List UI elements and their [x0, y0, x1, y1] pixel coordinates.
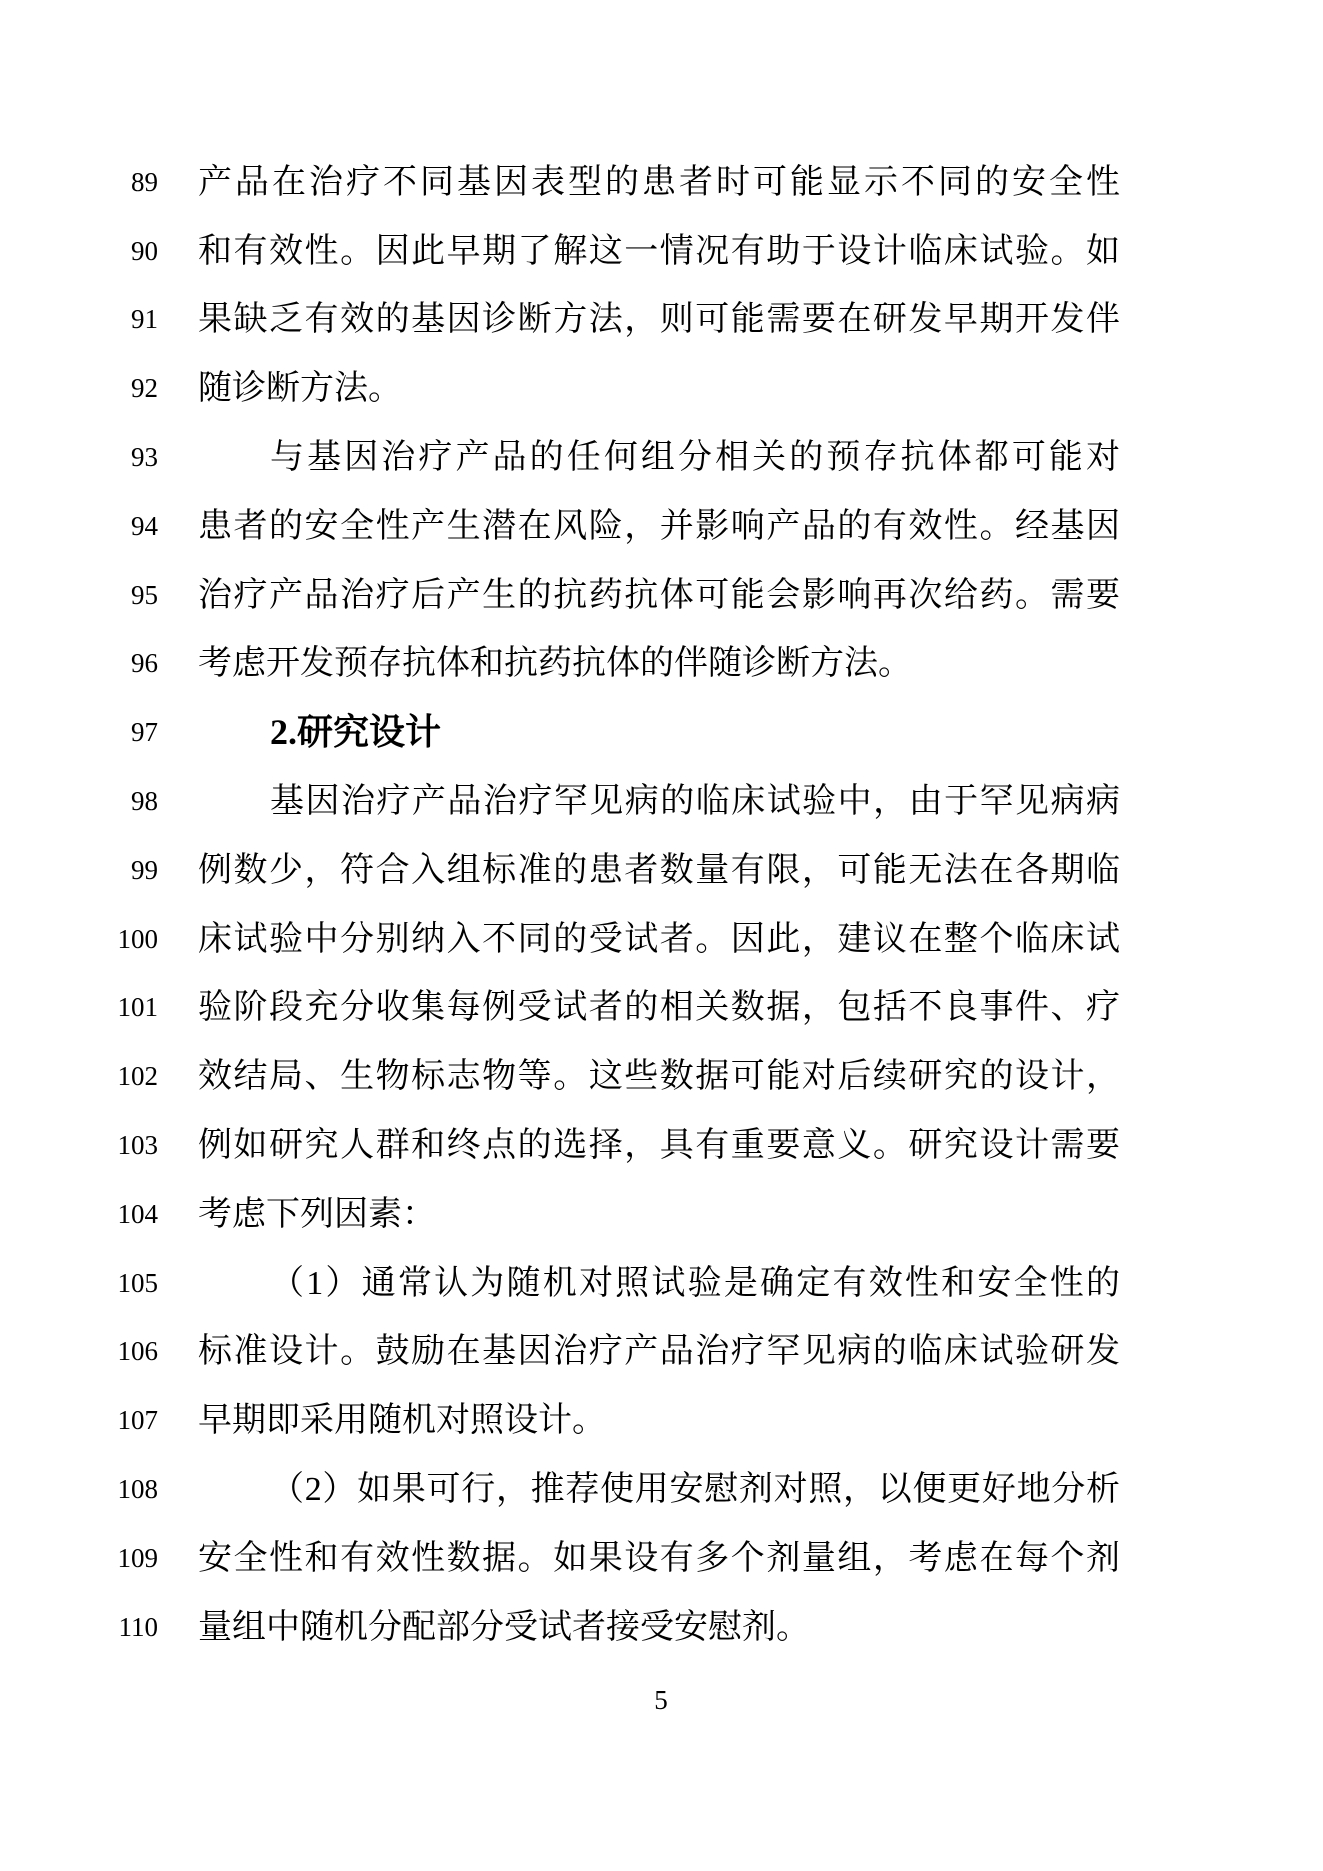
line-text: 效结局、生物标志物等。这些数据可能对后续研究的设计， [198, 1057, 1120, 1096]
document-body: 89产品在治疗不同基因表型的患者时可能显示不同的安全性90和有效性。因此早期了解… [0, 148, 1323, 1662]
line-text: （1）通常认为随机对照试验是确定有效性和安全性的 [198, 1264, 1120, 1303]
line-row: 104考虑下列因素： [0, 1180, 1323, 1249]
line-number: 93 [0, 444, 158, 471]
line-row: 106标准设计。鼓励在基因治疗产品治疗罕见病的临床试验研发 [0, 1318, 1323, 1387]
line-text: 标准设计。鼓励在基因治疗产品治疗罕见病的临床试验研发 [198, 1332, 1120, 1371]
line-text: 早期即采用随机对照设计。 [198, 1401, 1120, 1440]
line-row: 98基因治疗产品治疗罕见病的临床试验中，由于罕见病病 [0, 767, 1323, 836]
line-text: 和有效性。因此早期了解这一情况有助于设计临床试验。如 [198, 232, 1120, 271]
line-row: 95治疗产品治疗后产生的抗药抗体可能会影响再次给药。需要 [0, 561, 1323, 630]
line-text: 随诊断方法。 [198, 369, 1120, 408]
line-row: 105（1）通常认为随机对照试验是确定有效性和安全性的 [0, 1249, 1323, 1318]
line-number: 105 [0, 1270, 158, 1297]
document-page: 89产品在治疗不同基因表型的患者时可能显示不同的安全性90和有效性。因此早期了解… [0, 0, 1323, 1871]
line-text: 验阶段充分收集每例受试者的相关数据，包括不良事件、疗 [198, 988, 1120, 1027]
line-row: 93与基因治疗产品的任何组分相关的预存抗体都可能对 [0, 423, 1323, 492]
line-row: 101验阶段充分收集每例受试者的相关数据，包括不良事件、疗 [0, 974, 1323, 1043]
line-text: 例如研究人群和终点的选择，具有重要意义。研究设计需要 [198, 1126, 1120, 1165]
line-number: 98 [0, 788, 158, 815]
line-number: 97 [0, 719, 158, 746]
line-number: 100 [0, 926, 158, 953]
line-number: 91 [0, 306, 158, 333]
line-number: 96 [0, 650, 158, 677]
line-row: 108（2）如果可行，推荐使用安慰剂对照，以便更好地分析 [0, 1455, 1323, 1524]
line-row: 94患者的安全性产生潜在风险，并影响产品的有效性。经基因 [0, 492, 1323, 561]
line-number: 95 [0, 582, 158, 609]
line-text: 例数少，符合入组标准的患者数量有限，可能无法在各期临 [198, 851, 1120, 890]
line-number: 109 [0, 1545, 158, 1572]
line-text: 量组中随机分配部分受试者接受安慰剂。 [198, 1608, 1120, 1647]
line-text: 治疗产品治疗后产生的抗药抗体可能会影响再次给药。需要 [198, 576, 1120, 615]
section-heading: 2.研究设计 [198, 712, 1120, 753]
page-number: 5 [200, 1685, 1122, 1716]
line-text: 果缺乏有效的基因诊断方法，则可能需要在研发早期开发伴 [198, 300, 1120, 339]
line-text: 基因治疗产品治疗罕见病的临床试验中，由于罕见病病 [198, 782, 1120, 821]
line-number: 108 [0, 1476, 158, 1503]
line-number: 110 [0, 1614, 158, 1641]
line-number: 107 [0, 1407, 158, 1434]
line-text: （2）如果可行，推荐使用安慰剂对照，以便更好地分析 [198, 1470, 1120, 1509]
line-text: 考虑开发预存抗体和抗药抗体的伴随诊断方法。 [198, 644, 1120, 683]
line-text: 与基因治疗产品的任何组分相关的预存抗体都可能对 [198, 438, 1120, 477]
line-row: 92随诊断方法。 [0, 354, 1323, 423]
line-row: 103例如研究人群和终点的选择，具有重要意义。研究设计需要 [0, 1111, 1323, 1180]
line-row: 110量组中随机分配部分受试者接受安慰剂。 [0, 1593, 1323, 1662]
line-number: 103 [0, 1132, 158, 1159]
line-row: 96考虑开发预存抗体和抗药抗体的伴随诊断方法。 [0, 630, 1323, 699]
line-row: 109安全性和有效性数据。如果设有多个剂量组，考虑在每个剂 [0, 1524, 1323, 1593]
line-text: 患者的安全性产生潜在风险，并影响产品的有效性。经基因 [198, 507, 1120, 546]
line-number: 94 [0, 513, 158, 540]
line-number: 102 [0, 1063, 158, 1090]
line-row: 91果缺乏有效的基因诊断方法，则可能需要在研发早期开发伴 [0, 286, 1323, 355]
line-number: 89 [0, 169, 158, 196]
line-text: 床试验中分别纳入不同的受试者。因此，建议在整个临床试 [198, 920, 1120, 959]
line-row: 100床试验中分别纳入不同的受试者。因此，建议在整个临床试 [0, 905, 1323, 974]
line-row: 89产品在治疗不同基因表型的患者时可能显示不同的安全性 [0, 148, 1323, 217]
line-number: 104 [0, 1201, 158, 1228]
line-number: 92 [0, 375, 158, 402]
line-number: 99 [0, 857, 158, 884]
line-row: 107早期即采用随机对照设计。 [0, 1386, 1323, 1455]
line-row: 90和有效性。因此早期了解这一情况有助于设计临床试验。如 [0, 217, 1323, 286]
line-text: 安全性和有效性数据。如果设有多个剂量组，考虑在每个剂 [198, 1539, 1120, 1578]
line-text: 考虑下列因素： [198, 1195, 1120, 1234]
line-row: 99例数少，符合入组标准的患者数量有限，可能无法在各期临 [0, 836, 1323, 905]
line-text: 产品在治疗不同基因表型的患者时可能显示不同的安全性 [198, 163, 1120, 202]
line-number: 106 [0, 1338, 158, 1365]
line-row: 972.研究设计 [0, 698, 1323, 767]
line-row: 102效结局、生物标志物等。这些数据可能对后续研究的设计， [0, 1042, 1323, 1111]
line-number: 101 [0, 994, 158, 1021]
line-number: 90 [0, 238, 158, 265]
